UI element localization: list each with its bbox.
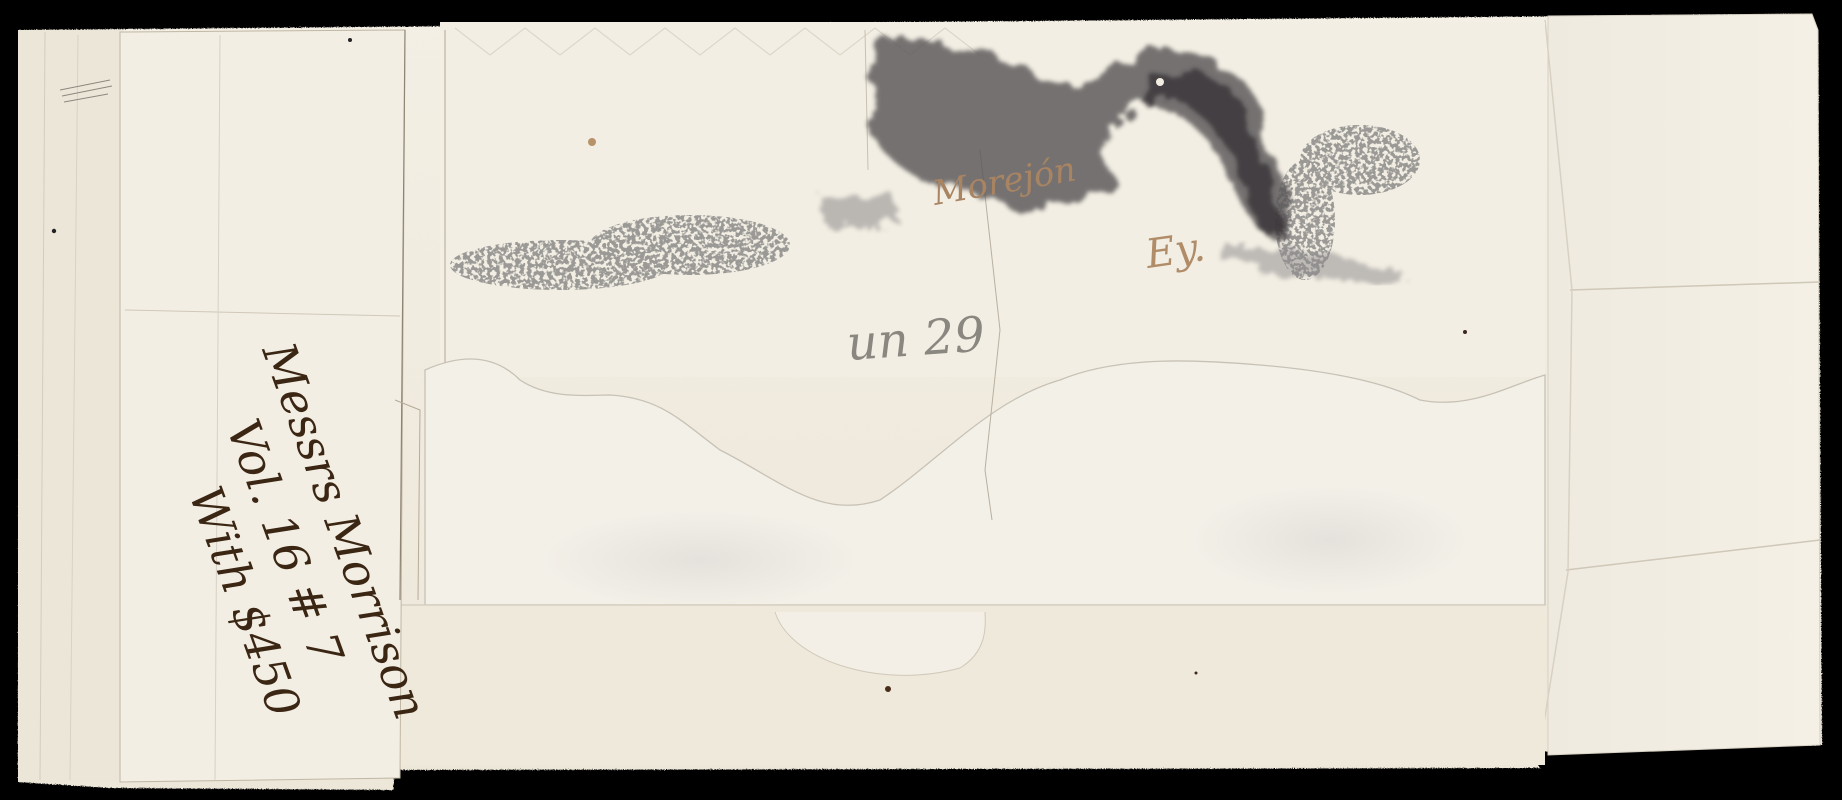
brown-mark: Ey. — [1142, 224, 1208, 278]
lower-fold-strip — [395, 605, 1545, 765]
left-fold-strip — [18, 30, 123, 782]
pencil-note: un 29 — [845, 306, 987, 372]
folded-letter-photo: Morejón Ey. un 29 Messrs Morrison Vol. 1… — [0, 0, 1842, 800]
photo-stage: Morejón Ey. un 29 Messrs Morrison Vol. 1… — [0, 0, 1842, 800]
right-fold-panel — [1540, 14, 1820, 755]
